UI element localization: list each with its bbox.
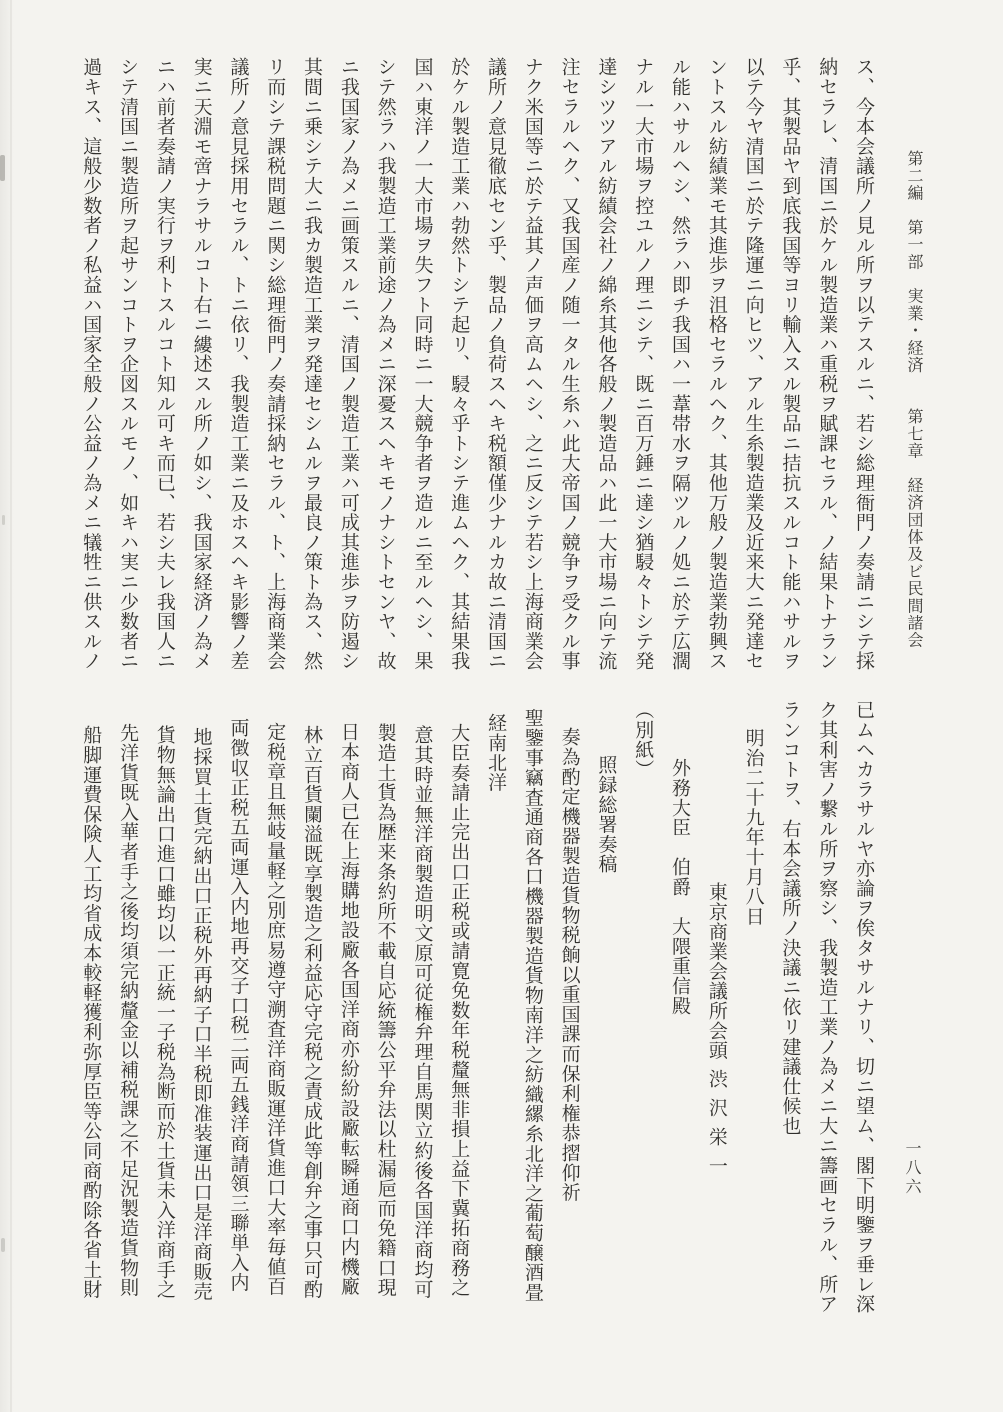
- running-header: 第二編 第一部 実業・経済 第七章 経済団体及ビ民間諸会: [902, 150, 925, 710]
- text-column: 奏為酌定機器製造貨物税餉以重国課而保利権恭摺仰祈: [550, 700, 587, 1325]
- text-column: ランコトヲ、右本会議所ノ決議ニ依リ建議仕候也: [771, 700, 808, 1325]
- text-column: 議所ノ意見徹底セン乎、製品ノ負荷スヘキ税額僅少ナルカ故ニ清国ニ: [476, 57, 513, 682]
- text-column: リ而シテ課税問題ニ関シ総理衙門ノ奏請採納セラル、ト、上海商業会: [255, 57, 292, 682]
- scan-speck: [1, 1238, 5, 1252]
- text-column: 於ケル製造工業ハ勃然トシテ起リ、駸々乎トシテ進ムヘク、其結果我: [439, 57, 476, 682]
- text-column: 達シツツアル紡績会社ノ綿糸其他各般ノ製造品ハ此一大市場ニ向テ流: [587, 57, 624, 682]
- text-column: ス、今本会議所ノ見ル所ヲ以テスルニ、若シ総理衙門ノ奏請ニシテ採: [844, 57, 881, 682]
- text-column: 聖鑒事竊査通商各口機器製造貨物南洋之紡織縲糸北洋之葡萄醸酒畳: [513, 700, 550, 1325]
- text-column: 過キス、這般少数者ノ私益ハ国家全般ノ公益ノ為メニ犠牲ニ供スルノ: [71, 57, 108, 682]
- text-column: ニハ前者奏請ノ実行ヲ利トスルコト知ル可キ而已、若シ夫レ我国人ニ: [145, 57, 182, 682]
- text-column: ナル一大市場ヲ控ユルノ理ニシテ、既ニ百万錘ニ達シ猶駸々トシテ発: [623, 57, 660, 682]
- text-column: 国ハ東洋ノ一大市場ヲ失フト同時ニ一大競争者ヲ造ルニ至ルヘシ、果: [403, 57, 440, 682]
- text-column: 納セラレ、清国ニ於ケル製造業ハ重税ヲ賦課セラル、ノ結果トナラン: [807, 57, 844, 682]
- scan-speck: [2, 515, 5, 525]
- signature-name: 渋沢栄一: [706, 1060, 727, 1185]
- text-column: 経南北洋: [476, 700, 513, 1325]
- text-column: 照録総署奏稿: [587, 700, 624, 1325]
- text-column: ントスル紡績業モ其進歩ヲ沮格セラルヘク、其他万般ノ製造業勃興ス: [697, 57, 734, 682]
- scanned-page: 第二編 第一部 実業・経済 第七章 経済団体及ビ民間諸会 一八六 ス、今本会議所…: [0, 0, 1003, 1412]
- text-column: 貨物無論出口進口雖均以一正統一子税為断而於土貨未入洋商手之: [145, 700, 182, 1325]
- text-column: 地採買土貨完納出口正税外再納子口半税即准装運出口是洋商販売: [182, 700, 219, 1325]
- text-column: 製造土貨為歴来条約所不載自応統籌公平弁法以杜漏巵而免籍口現: [366, 700, 403, 1325]
- text-column: 其間ニ乗シテ大ニ我カ製造工業ヲ発達セシムルヲ最良ノ策ト為ス、然: [292, 57, 329, 682]
- text-column: ナク米国等ニ於テ益其ノ声価ヲ高ムヘシ、之ニ反シテ若シ上海商業会: [513, 57, 550, 682]
- text-column: 外務大臣 伯爵 大隈重信殿: [660, 700, 697, 1325]
- text-column: （別紙）: [623, 700, 660, 1325]
- text-column: 東京商業会議所会頭渋沢栄一: [697, 700, 734, 1325]
- text-column: 船脚運費保険人工均省成本較軽獲利弥厚臣等公同商酌除各省土財: [71, 700, 108, 1325]
- text-column: ク其利害ノ繋ル所ヲ察シ、我製造工業ノ為メニ大ニ籌画セラル、所ア: [807, 700, 844, 1325]
- text-column: 以テ今ヤ清国ニ於テ隆運ニ向ヒツ、アル生糸製造業及近来大ニ発達セ: [734, 57, 771, 682]
- text-column: ニ我国家ノ為メニ画策スルニ、清国ノ製造工業ハ可成其進歩ヲ防遏シ: [329, 57, 366, 682]
- text-column: 意其時並無洋商製造明文原可従権弁理自馬関立約後各国洋商均可: [403, 700, 440, 1325]
- text-column: 議所ノ意見採用セラル、トニ依リ、我製造工業ニ及ホスヘキ影響ノ差: [219, 57, 256, 682]
- text-column: シテ清国ニ製造所ヲ起サンコトヲ企図スルモノ、如キハ実ニ少数者ニ: [108, 57, 145, 682]
- text-column: シテ然ラハ我製造工業前途ノ為メニ深憂スヘキモノナシトセンヤ、故: [366, 57, 403, 682]
- text-column: 定税章且無岐量軽之別庶易遵守溯査洋商販運洋貨進口大率毎値百: [255, 700, 292, 1325]
- page-number: 一八六: [900, 1140, 923, 1197]
- text-column: 実ニ天淵モ啻ナラサルコト右ニ縷述スル所ノ如シ、我国家経済ノ為メ: [182, 57, 219, 682]
- main-text-block: ス、今本会議所ノ見ル所ヲ以テスルニ、若シ総理衙門ノ奏請ニシテ採納セラレ、清国ニ於…: [71, 57, 881, 682]
- scan-speck: [0, 155, 5, 181]
- appendix-text-block: 已ムヘカラサルヤ亦論ヲ俟タサルナリ、切ニ望ム、閣下明鑒ヲ垂レ深ク其利害ノ繋ル所ヲ…: [71, 700, 881, 1325]
- text-column: 注セラルヘク、又我国産ノ随一タル生糸ハ此大帝国ノ競争ヲ受クル事: [550, 57, 587, 682]
- scan-edge-line: [10, 0, 12, 1412]
- text-column: ル能ハサルヘシ、然ラハ即チ我国ハ一葦帯水ヲ隔ツルノ処ニ於テ広濶: [660, 57, 697, 682]
- text-column: 先洋貨既入華者手之後均須完納釐金以補税課之不足況製造貨物則: [108, 700, 145, 1325]
- text-column: 林立百貨闌溢既享製造之利益応守完税之責成此等創弁之事只可酌: [292, 700, 329, 1325]
- text-column: 乎、其製品ヤ到底我国等ヨリ輸入スル製品ニ拮抗スルコト能ハサルヲ: [771, 57, 808, 682]
- text-column: 明治二十九年十月八日: [734, 700, 771, 1325]
- text-column: 日本商人已在上海購地設廠各国洋商亦紛紛設廠転瞬通商口内機廠: [329, 700, 366, 1325]
- text-column: 已ムヘカラサルヤ亦論ヲ俟タサルナリ、切ニ望ム、閣下明鑒ヲ垂レ深: [844, 700, 881, 1325]
- text-column: 大臣奏請止完出口正税或請寛免数年税釐無非損上益下冀拓商務之: [439, 700, 476, 1325]
- text-column: 両徴収正税五両運入内地再交子口税二両五銭洋商請領三聯単入内: [219, 700, 256, 1325]
